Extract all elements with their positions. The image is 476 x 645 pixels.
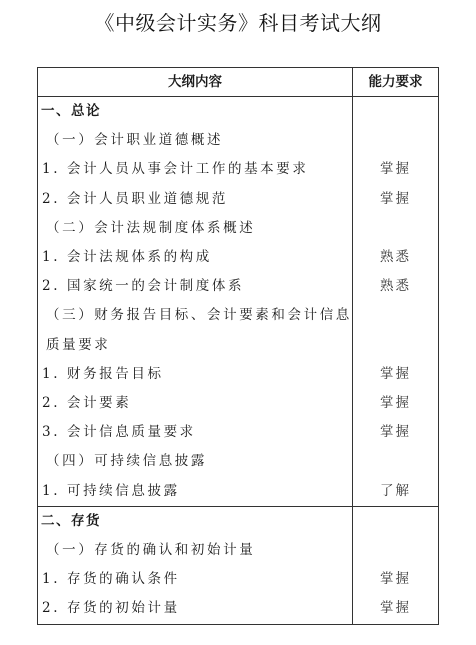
table-row: 1. 会计法规体系的构成 熟悉 [38, 243, 439, 272]
row-level [353, 301, 439, 359]
table-row-subsection: （二）会计法规制度体系概述 [38, 214, 439, 243]
table-row: 3. 会计信息质量要求 掌握 [38, 418, 439, 447]
row-level: 掌握 [353, 389, 439, 418]
table-row: 1. 存货的确认条件 掌握 [38, 565, 439, 594]
row-level: 掌握 [353, 418, 439, 447]
row-content: 二、存货 [38, 506, 353, 536]
row-level: 掌握 [353, 565, 439, 594]
row-level: 掌握 [353, 594, 439, 624]
row-level [353, 506, 439, 536]
row-content: 1. 会计法规体系的构成 [38, 243, 353, 272]
table-row: 1. 会计人员从事会计工作的基本要求 掌握 [38, 155, 439, 184]
row-content: 2. 会计人员职业道德规范 [38, 185, 353, 214]
row-level [353, 214, 439, 243]
table-header-row: 大纲内容 能力要求 [38, 68, 439, 97]
row-content: 2. 会计要素 [38, 389, 353, 418]
row-level: 掌握 [353, 185, 439, 214]
row-level [353, 536, 439, 565]
row-content: （一）会计职业道德概述 [38, 126, 353, 155]
row-content: 3. 会计信息质量要求 [38, 418, 353, 447]
header-content: 大纲内容 [38, 68, 353, 97]
table-row-section: 二、存货 [38, 506, 439, 536]
row-content: （三）财务报告目标、会计要素和会计信息质量要求 [38, 301, 353, 359]
table-row: 2. 会计人员职业道德规范 掌握 [38, 185, 439, 214]
table-row-subsection: （四）可持续信息披露 [38, 447, 439, 476]
row-content: （二）会计法规制度体系概述 [38, 214, 353, 243]
table-row: 2. 存货的初始计量 掌握 [38, 594, 439, 624]
row-content: 1. 会计人员从事会计工作的基本要求 [38, 155, 353, 184]
outline-table: 大纲内容 能力要求 一、总论 （一）会计职业道德概述 1. 会计人员从事会计工作… [37, 67, 439, 625]
table-row: 2. 国家统一的会计制度体系 熟悉 [38, 272, 439, 301]
row-level: 熟悉 [353, 272, 439, 301]
table-row-subsection: （一）会计职业道德概述 [38, 126, 439, 155]
table-row: 1. 可持续信息披露 了解 [38, 477, 439, 507]
table-row-subsection: （三）财务报告目标、会计要素和会计信息质量要求 [38, 301, 439, 359]
row-content: 2. 国家统一的会计制度体系 [38, 272, 353, 301]
row-content: 1. 财务报告目标 [38, 360, 353, 389]
header-level: 能力要求 [353, 68, 439, 97]
row-content: （一）存货的确认和初始计量 [38, 536, 353, 565]
row-level [353, 126, 439, 155]
row-content: 1. 存货的确认条件 [38, 565, 353, 594]
table-row: 2. 会计要素 掌握 [38, 389, 439, 418]
row-level: 掌握 [353, 360, 439, 389]
row-content: 一、总论 [38, 97, 353, 127]
row-level: 熟悉 [353, 243, 439, 272]
document-title: 《中级会计实务》科目考试大纲 [0, 8, 476, 38]
row-content: （四）可持续信息披露 [38, 447, 353, 476]
table-row: 1. 财务报告目标 掌握 [38, 360, 439, 389]
row-level: 了解 [353, 477, 439, 507]
table-row-subsection: （一）存货的确认和初始计量 [38, 536, 439, 565]
row-level [353, 447, 439, 476]
row-level [353, 97, 439, 127]
row-content: 2. 存货的初始计量 [38, 594, 353, 624]
row-content: 1. 可持续信息披露 [38, 477, 353, 507]
row-level: 掌握 [353, 155, 439, 184]
table-row-section: 一、总论 [38, 97, 439, 127]
